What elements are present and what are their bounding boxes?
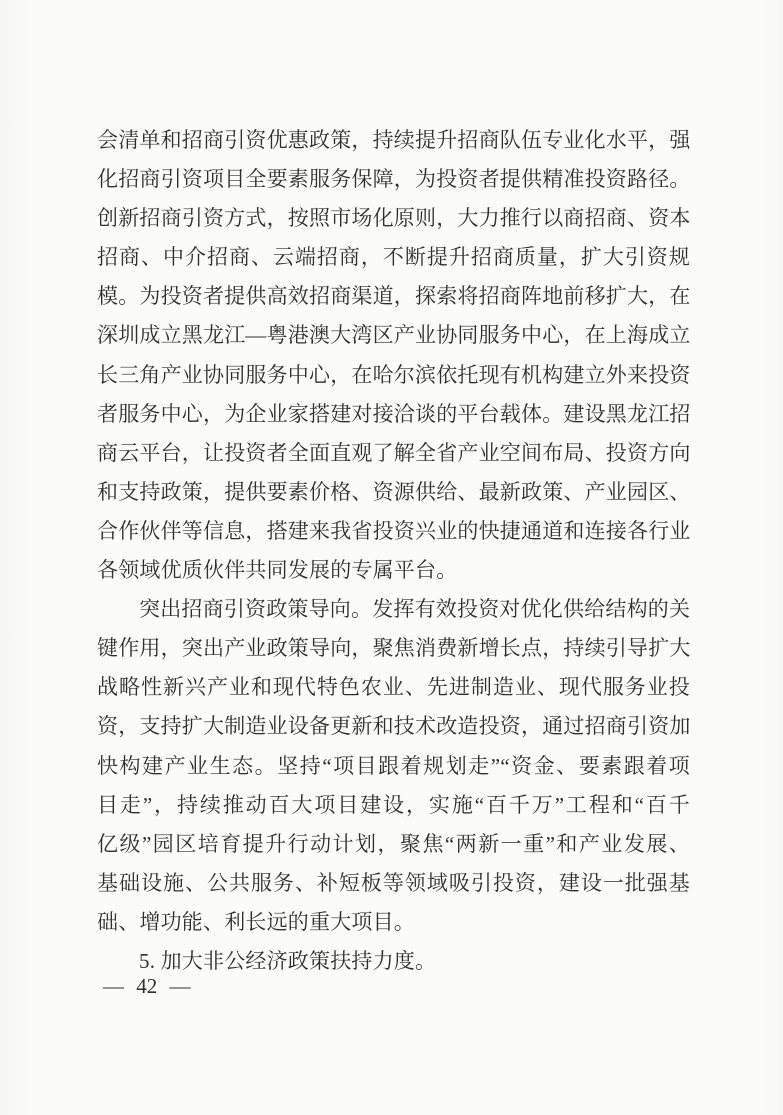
text-line-paragraph-end: 各领域优质伙伴共同发展的专属平台。 — [97, 551, 690, 590]
text-line: 模。为投资者提供高效招商渠道，探索将招商阵地前移扩大，在 — [97, 277, 690, 316]
text-line: 会清单和招商引资优惠政策，持续提升招商队伍专业化水平，强 — [97, 121, 690, 160]
text-line: 资，支持扩大制造业设备更新和技术改造投资，通过招商引资加 — [97, 707, 690, 746]
text-line: 创新招商引资方式，按照市场化原则，大力推行以商招商、资本 — [97, 199, 690, 238]
text-line: 战略性新兴产业和现代特色农业、先进制造业、现代服务业投 — [97, 668, 690, 707]
text-line: 目走”，持续推动百大项目建设，实施“百千万”工程和“百千 — [97, 786, 690, 825]
text-line: 深圳成立黑龙江—粤港澳大湾区产业协同服务中心，在上海成立 — [97, 316, 690, 355]
text-line: 长三角产业协同服务中心，在哈尔滨依托现有机构建立外来投资 — [97, 356, 690, 395]
text-line: 键作用，突出产业政策导向，聚焦消费新增长点，持续引导扩大 — [97, 629, 690, 668]
text-line: 化招商引资项目全要素服务保障，为投资者提供精准投资路径。 — [97, 160, 690, 199]
text-line: 亿级”园区培育提升行动计划，聚焦“两新一重”和产业发展、 — [97, 825, 690, 864]
text-line-paragraph-start: 突出招商引资政策导向。发挥有效投资对优化供给结构的关 — [97, 590, 690, 629]
text-line: 者服务中心，为企业家搭建对接洽谈的平台载体。建设黑龙江招 — [97, 395, 690, 434]
text-line: 基础设施、公共服务、补短板等领域吸引投资，建设一批强基 — [97, 864, 690, 903]
text-line: 和支持政策，提供要素价格、资源供给、最新政策、产业园区、 — [97, 473, 690, 512]
text-line: 招商、中介招商、云端招商，不断提升招商质量，扩大引资规 — [97, 238, 690, 277]
body-text: 会清单和招商引资优惠政策，持续提升招商队伍专业化水平，强 化招商引资项目全要素服… — [97, 121, 690, 981]
document-page: 会清单和招商引资优惠政策，持续提升招商队伍专业化水平，强 化招商引资项目全要素服… — [0, 0, 783, 1115]
text-line: 合作伙伴等信息，搭建来我省投资兴业的快捷通道和连接各行业 — [97, 512, 690, 551]
text-line: 快构建产业生态。坚持“项目跟着规划走”“资金、要素跟着项 — [97, 747, 690, 786]
text-line: 商云平台，让投资者全面直观了解全省产业空间布局、投资方向 — [97, 434, 690, 473]
page-number: — 42 — — [103, 972, 191, 1000]
text-line-paragraph-end: 础、增功能、利长远的重大项目。 — [97, 903, 690, 942]
